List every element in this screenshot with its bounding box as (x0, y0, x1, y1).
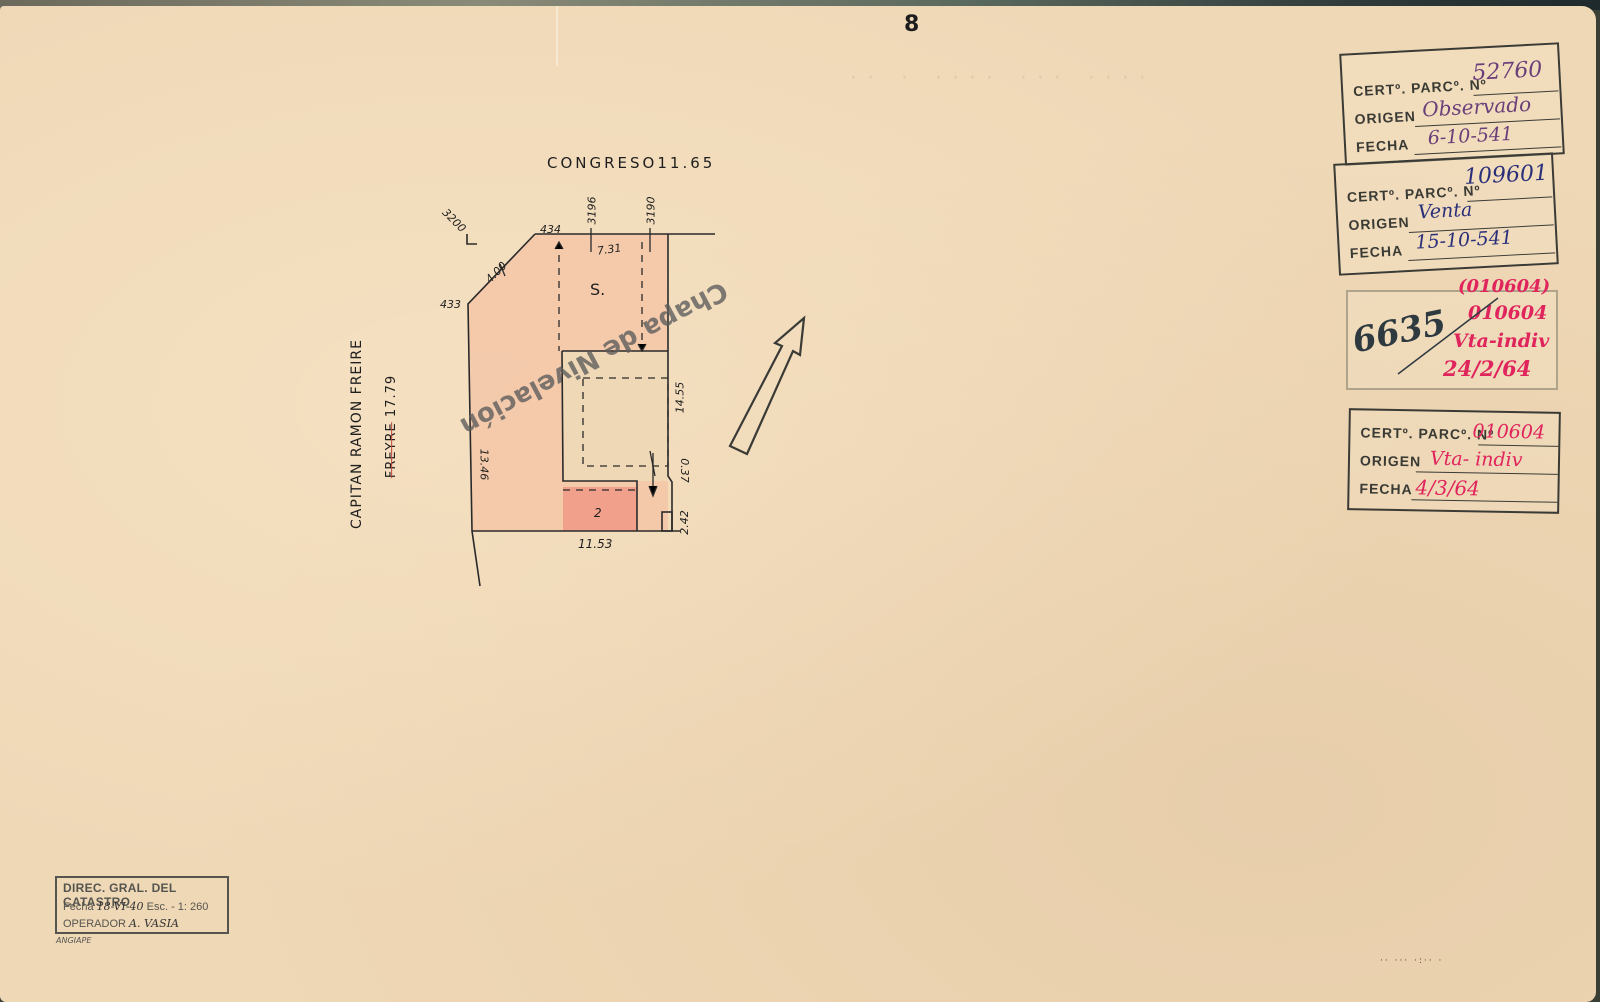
street-top-name: CONGRESO (547, 154, 657, 172)
dim-right-side: 14.55 (673, 382, 686, 414)
north-arrow-icon (730, 318, 804, 454)
stamp-2-origen-value: Venta (1417, 199, 1472, 224)
stamp-4-origen-value: Vta- indiv (1430, 448, 1523, 472)
ink-specks: ·· ··· ·:·· · (1380, 956, 1443, 966)
catastro-escala: Esc. - 1: 260 (147, 901, 209, 913)
unit-label-upper: S. (590, 280, 605, 299)
catastro-operador-label: OPERADOR (63, 918, 126, 930)
dim-small-right: 2.42 (678, 510, 691, 535)
house-number-434: 434 (540, 223, 561, 236)
cadastral-card: ·· · ···· ··· ···· 8 (0, 6, 1596, 1002)
dim-notch: 0.37 (678, 458, 691, 483)
catastro-fecha-value: 18-VI-40 (97, 900, 144, 913)
stamp-1-cert-value: 52760 (1472, 57, 1543, 86)
street-left-width: 17.79 (384, 375, 399, 417)
stamp-4-origen-label: ORIGEN (1360, 452, 1422, 469)
certificate-stamp-4: CERTº. PARCº. Nº ORIGEN FECHA 010604 Vta… (1347, 408, 1561, 514)
certificate-stamp-3: 6635 (010604) 010604 Vta-indiv 24/2/64 (1346, 290, 1558, 390)
stamp-4-fecha-value: 4/3/64 (1415, 475, 1480, 500)
house-number-3196: 3196 (586, 197, 599, 225)
unit-label-lower: 2 (594, 506, 602, 520)
catastro-operador-row: OPERADOR A. VASIA (63, 917, 179, 930)
catastro-operador-value: A. VASIA (129, 917, 179, 930)
stamp-4-cert-value: 010604 (1472, 420, 1545, 443)
catastro-fecha-label: Fecha (63, 901, 94, 913)
footer-note: ANGIAPE (56, 936, 91, 945)
stamp-1-fecha-label: FECHA (1356, 136, 1410, 155)
street-top-label: CONGRESO11.65 (547, 154, 715, 172)
certificate-stamp-1: CERTº. PARCº. Nº ORIGEN FECHA 52760 Obse… (1339, 42, 1565, 165)
catastro-stamp: DIREC. GRAL. DEL CATASTRO Fecha 18-VI-40… (55, 876, 229, 934)
street-left-label: CAPITAN RAMON FREIRE (349, 339, 365, 529)
dim-bottom: 11.53 (578, 537, 612, 551)
house-number-433: 433 (440, 298, 461, 311)
stamp-4-fecha-label: FECHA (1359, 480, 1413, 497)
house-number-3190: 3190 (645, 197, 658, 225)
street-top-width: 11.65 (657, 154, 715, 172)
catastro-fecha-row: Fecha 18-VI-40 Esc. - 1: 260 (63, 900, 208, 913)
stamp-2-fecha-value: 15-10-541 (1415, 227, 1513, 254)
stamp-2-fecha-label: FECHA (1349, 242, 1403, 261)
stamp-1-origen-value: Observado (1422, 92, 1532, 122)
dim-left-side: 13.46 (477, 449, 490, 481)
certificate-stamp-2: CERTº. PARCº. Nº ORIGEN FECHA 109601 Ven… (1333, 152, 1559, 275)
street-left-old-label: FREYRE 17.79 (384, 375, 399, 478)
street-left-old-name: FREYRE (384, 422, 399, 478)
stamp-1-origen-label: ORIGEN (1354, 108, 1416, 127)
stamp-1-fecha-value: 6-10-541 (1427, 123, 1513, 149)
stamp-2-cert-value: 109601 (1463, 161, 1548, 190)
stamp-2-origen-label: ORIGEN (1348, 214, 1410, 233)
